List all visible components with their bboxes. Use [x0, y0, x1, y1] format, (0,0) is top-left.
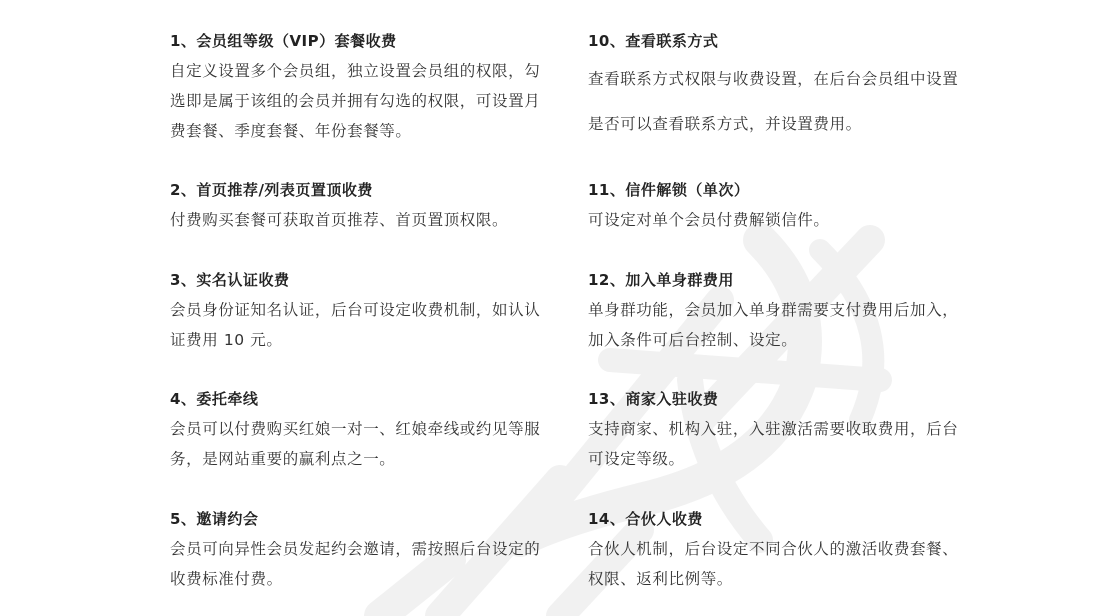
section-body: 会员身份证知名认证，后台可设定收费机制，如认认证费用 10 元。	[170, 295, 555, 355]
section-body: 自定义设置多个会员组，独立设置会员组的权限，勾选即是属于该组的会员并拥有勾选的权…	[170, 56, 555, 146]
feature-section: 10、查看联系方式 查看联系方式权限与收费设置，在后台会员组中设置是否可以查看联…	[588, 30, 973, 147]
feature-section: 11、信件解锁（单次） 可设定对单个会员付费解锁信件。	[588, 179, 973, 235]
section-title: 10、查看联系方式	[588, 30, 973, 52]
feature-section: 14、合伙人收费 合伙人机制，后台设定不同合伙人的激活收费套餐、权限、返利比例等…	[588, 508, 973, 594]
section-title: 5、邀请约会	[170, 508, 555, 530]
section-body: 付费购买套餐可获取首页推荐、首页置顶权限。	[170, 205, 555, 235]
section-body: 会员可向异性会员发起约会邀请，需按照后台设定的收费标准付费。	[170, 534, 555, 594]
feature-section: 13、商家入驻收费 支持商家、机构入驻，入驻激活需要收取费用，后台可设定等级。	[588, 388, 973, 474]
section-title: 14、合伙人收费	[588, 508, 973, 530]
feature-section: 2、首页推荐/列表页置顶收费 付费购买套餐可获取首页推荐、首页置顶权限。	[170, 179, 555, 235]
section-title: 4、委托牵线	[170, 388, 555, 410]
feature-section: 12、加入单身群费用 单身群功能，会员加入单身群需要支付费用后加入，加入条件可后…	[588, 269, 973, 355]
feature-section: 4、委托牵线 会员可以付费购买红娘一对一、红娘牵线或约见等服务，是网站重要的赢利…	[170, 388, 555, 474]
section-body: 支持商家、机构入驻，入驻激活需要收取费用，后台可设定等级。	[588, 414, 973, 474]
section-title: 3、实名认证收费	[170, 269, 555, 291]
section-title: 1、会员组等级（VIP）套餐收费	[170, 30, 555, 52]
section-title: 12、加入单身群费用	[588, 269, 973, 291]
section-body: 合伙人机制，后台设定不同合伙人的激活收费套餐、权限、返利比例等。	[588, 534, 973, 594]
section-title: 2、首页推荐/列表页置顶收费	[170, 179, 555, 201]
feature-section: 1、会员组等级（VIP）套餐收费 自定义设置多个会员组，独立设置会员组的权限，勾…	[170, 30, 555, 146]
feature-columns: 1、会员组等级（VIP）套餐收费 自定义设置多个会员组，独立设置会员组的权限，勾…	[0, 0, 1117, 616]
section-body: 单身群功能，会员加入单身群需要支付费用后加入，加入条件可后台控制、设定。	[588, 295, 973, 355]
section-body: 查看联系方式权限与收费设置，在后台会员组中设置是否可以查看联系方式，并设置费用。	[588, 57, 973, 147]
section-body: 可设定对单个会员付费解锁信件。	[588, 205, 973, 235]
section-title: 11、信件解锁（单次）	[588, 179, 973, 201]
feature-section: 5、邀请约会 会员可向异性会员发起约会邀请，需按照后台设定的收费标准付费。	[170, 508, 555, 594]
feature-section: 3、实名认证收费 会员身份证知名认证，后台可设定收费机制，如认认证费用 10 元…	[170, 269, 555, 355]
section-body: 会员可以付费购买红娘一对一、红娘牵线或约见等服务，是网站重要的赢利点之一。	[170, 414, 555, 474]
section-title: 13、商家入驻收费	[588, 388, 973, 410]
